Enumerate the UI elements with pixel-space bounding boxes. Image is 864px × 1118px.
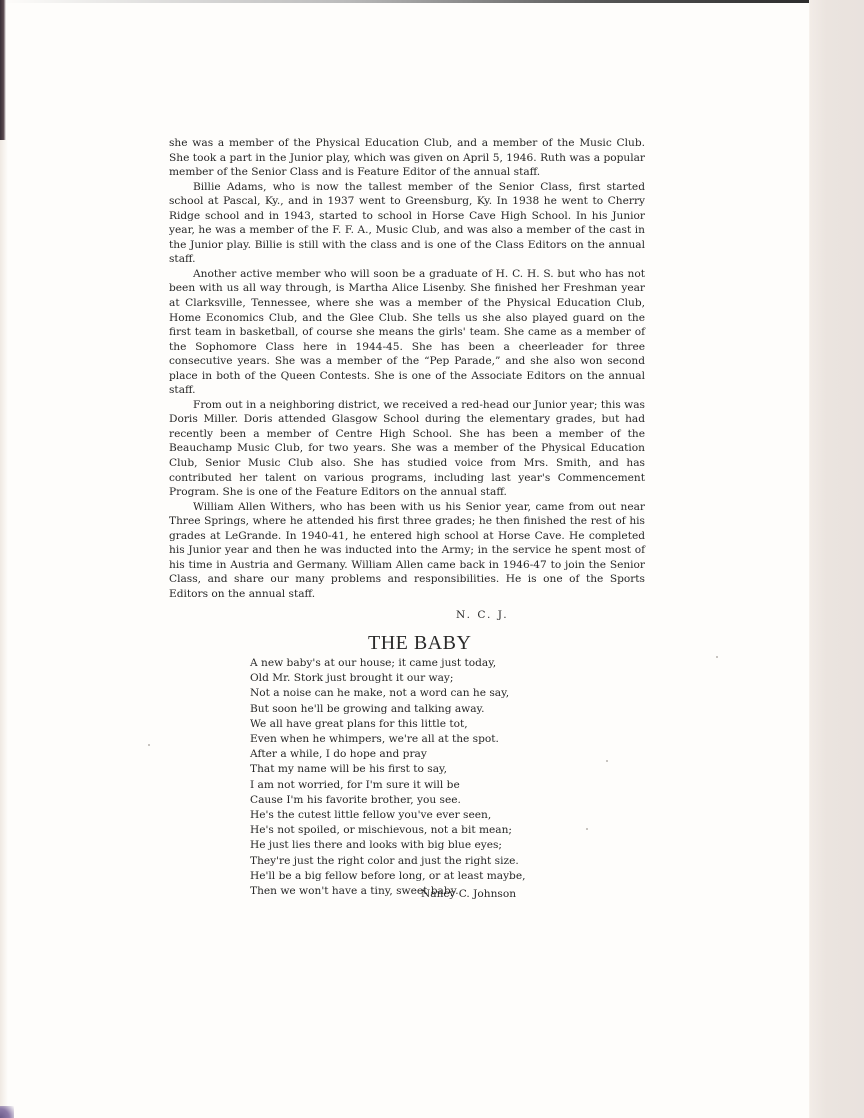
- book-spine-shadow: [0, 0, 6, 140]
- paper-speck: [148, 744, 150, 746]
- poem-line: He's not spoiled, or mischievous, not a …: [250, 823, 570, 838]
- poem-line: Then we won't have a tiny, sweet baby.: [250, 884, 570, 899]
- poem-line: Cause I'm his favorite brother, you see.: [250, 793, 570, 808]
- poem-line: He's the cutest little fellow you've eve…: [250, 808, 570, 823]
- article-paragraph-william-withers: William Allen Withers, who has been with…: [169, 500, 645, 602]
- paper-speck: [606, 760, 608, 762]
- poem-line: After a while, I do hope and pray: [250, 747, 570, 762]
- paper-speck: [586, 828, 588, 830]
- poem-author: Nancy C. Johnson: [421, 888, 516, 900]
- poem-title: THE BABY: [368, 632, 471, 655]
- article-body: she was a member of the Physical Educati…: [169, 136, 645, 602]
- poem-line: Not a noise can he make, not a word can …: [250, 686, 570, 701]
- poem-line: Old Mr. Stork just brought it our way;: [250, 671, 570, 686]
- next-page-edge: [809, 0, 864, 1118]
- poem-line: A new baby's at our house; it came just …: [250, 656, 570, 671]
- article-paragraph-doris-miller: From out in a neighboring district, we r…: [169, 398, 645, 500]
- poem-line: He'll be a big fellow before long, or at…: [250, 869, 570, 884]
- poem-line: They're just the right color and just th…: [250, 854, 570, 869]
- paper-speck: [716, 656, 718, 658]
- article-paragraph: she was a member of the Physical Educati…: [169, 136, 645, 180]
- poem-line: I am not worried, for I'm sure it will b…: [250, 778, 570, 793]
- article-signature: N. C. J.: [456, 609, 509, 621]
- page-left-edge: [0, 140, 8, 1118]
- poem-line: That my name will be his first to say,: [250, 762, 570, 777]
- poem-line: But soon he'll be growing and talking aw…: [250, 702, 570, 717]
- poem-line: Even when he whimpers, we're all at the …: [250, 732, 570, 747]
- article-paragraph-martha-lisenby: Another active member who will soon be a…: [169, 267, 645, 398]
- book-cover-corner: [0, 1106, 14, 1118]
- page-top-edge: [0, 0, 864, 3]
- article-paragraph-billie-adams: Billie Adams, who is now the tallest mem…: [169, 180, 645, 267]
- poem-line: He just lies there and looks with big bl…: [250, 838, 570, 853]
- poem-body: A new baby's at our house; it came just …: [250, 656, 570, 899]
- poem-line: We all have great plans for this little …: [250, 717, 570, 732]
